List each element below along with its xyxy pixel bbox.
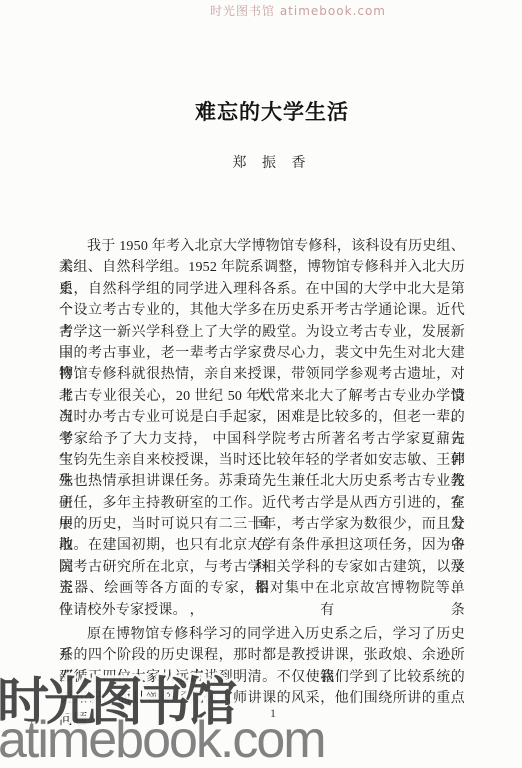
article-body: 我于 1950 年考入北京大学博物馆专修科，该科设有历史组、美术组、自然科学组。… [59, 236, 465, 710]
body-line: 个设立考古专业的，其他大学多在历史系开考古学通论课。近代考 [59, 300, 465, 321]
body-line: 古学这一新兴学科登上了大学的殿堂。为设立考古专业，发展新中 [59, 322, 465, 343]
paragraph-1: 我于 1950 年考入北京大学博物馆专修科，该科设有历史组、美术组、自然科学组。… [59, 236, 465, 621]
body-line: 瓷器、绘画等各方面的专家，相对集中在北京故宫博物院等单位，有条 [59, 578, 465, 599]
body-line: 展的历史，当时可说只有二三十年，考古学家为数很少，而且分散在各 [59, 514, 465, 535]
body-line: 主任，多年主持教研室的工作。近代考古学是从西方引进的，在中国发 [59, 493, 465, 514]
body-line: 我于 1950 年考入北京大学博物馆专修科，该科设有历史组、美 [59, 236, 465, 257]
body-line: 生也热情承担讲课任务。苏秉琦先生兼任北大历史系考古专业教研室 [59, 471, 465, 492]
body-line: 物馆专修科就很热情，亲自来授课，带领同学参观考古遗址，对北大设 [59, 364, 465, 385]
body-line: 原在博物馆专修科学习的同学进入历史系之后，学习了历史系所 [59, 624, 465, 645]
watermark-top: 时光图书馆 atimebook.com [210, 2, 386, 19]
body-line: 系，自然科学组的同学进入理科各系。在中国的大学中北大是第一 [59, 279, 465, 300]
watermark-bottom-site: atimebook.com [0, 710, 325, 768]
article-author: 郑 振 香 [69, 152, 475, 172]
book-page-scan: 时光图书馆 atimebook.com 难忘的大学生活 郑 振 香 我于 195… [0, 0, 522, 768]
article-title: 难忘的大学生活 [69, 96, 475, 126]
body-line: 国的考古事业，老一辈考古学家费尽心力，裴文中先生对北大建博 [59, 343, 465, 364]
body-line: 宝钧先生亲自来校授课，当时还比较年轻的学者如安志敏、王仲殊先 [59, 450, 465, 471]
body-line: 当时办考古专业可说是白手起家，困难是比较多的，但老一辈的考古 [59, 407, 465, 428]
body-line: 考古专业很关心，20 世纪 50 年代常来北大了解考古专业办学情况。 [59, 386, 465, 407]
body-line: 地。在建国初期，也只有北京大学有条件承担这项任务，因为中国科学 [59, 535, 465, 556]
body-line: 学家给予了大力支持， 中国科学院考古所著名考古学家夏鼐先生、郭 [59, 429, 465, 450]
body-line: 院考古研究所在北京，与考古学相关学科的专家如古建筑，以及玉器、 [59, 557, 465, 578]
body-line: 术组、自然科学组。1952 年院系调整，博物馆专修科并入北大历史 [59, 257, 465, 278]
